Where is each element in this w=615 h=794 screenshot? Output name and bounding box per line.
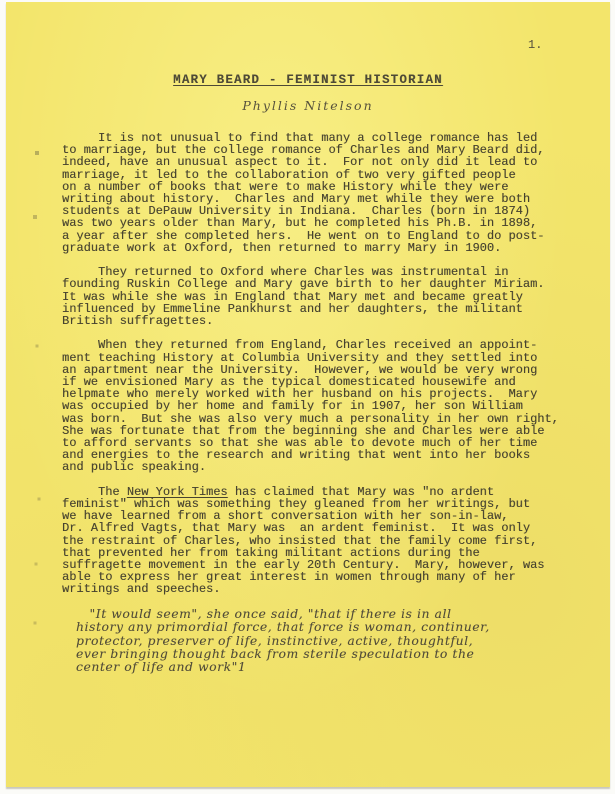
blockquote-mary-beard-quote: "It would seem", she once said, "that if… (76, 608, 537, 675)
document-body: It is not unusual to find that many a co… (62, 132, 567, 675)
paragraph-1: It is not unusual to find that many a co… (62, 132, 567, 254)
paragraph-2: They returned to Oxford where Charles wa… (62, 266, 567, 327)
page-title: MARY BEARD - FEMINIST HISTORIAN (6, 73, 610, 87)
scanned-page: 1. MARY BEARD - FEMINIST HISTORIAN Phyll… (0, 0, 615, 794)
paper-sheet: 1. MARY BEARD - FEMINIST HISTORIAN Phyll… (6, 2, 610, 787)
paragraph-3: When they returned from England, Charles… (62, 339, 567, 473)
byline: Phyllis Nitelson (6, 98, 610, 113)
paragraph-4-rest: has claimed that Mary was "no ardent fem… (62, 485, 544, 597)
paper-specks (6, 2, 8, 4)
page-number: 1. (528, 38, 542, 52)
paragraph-4: The New York Times has claimed that Mary… (62, 486, 567, 596)
